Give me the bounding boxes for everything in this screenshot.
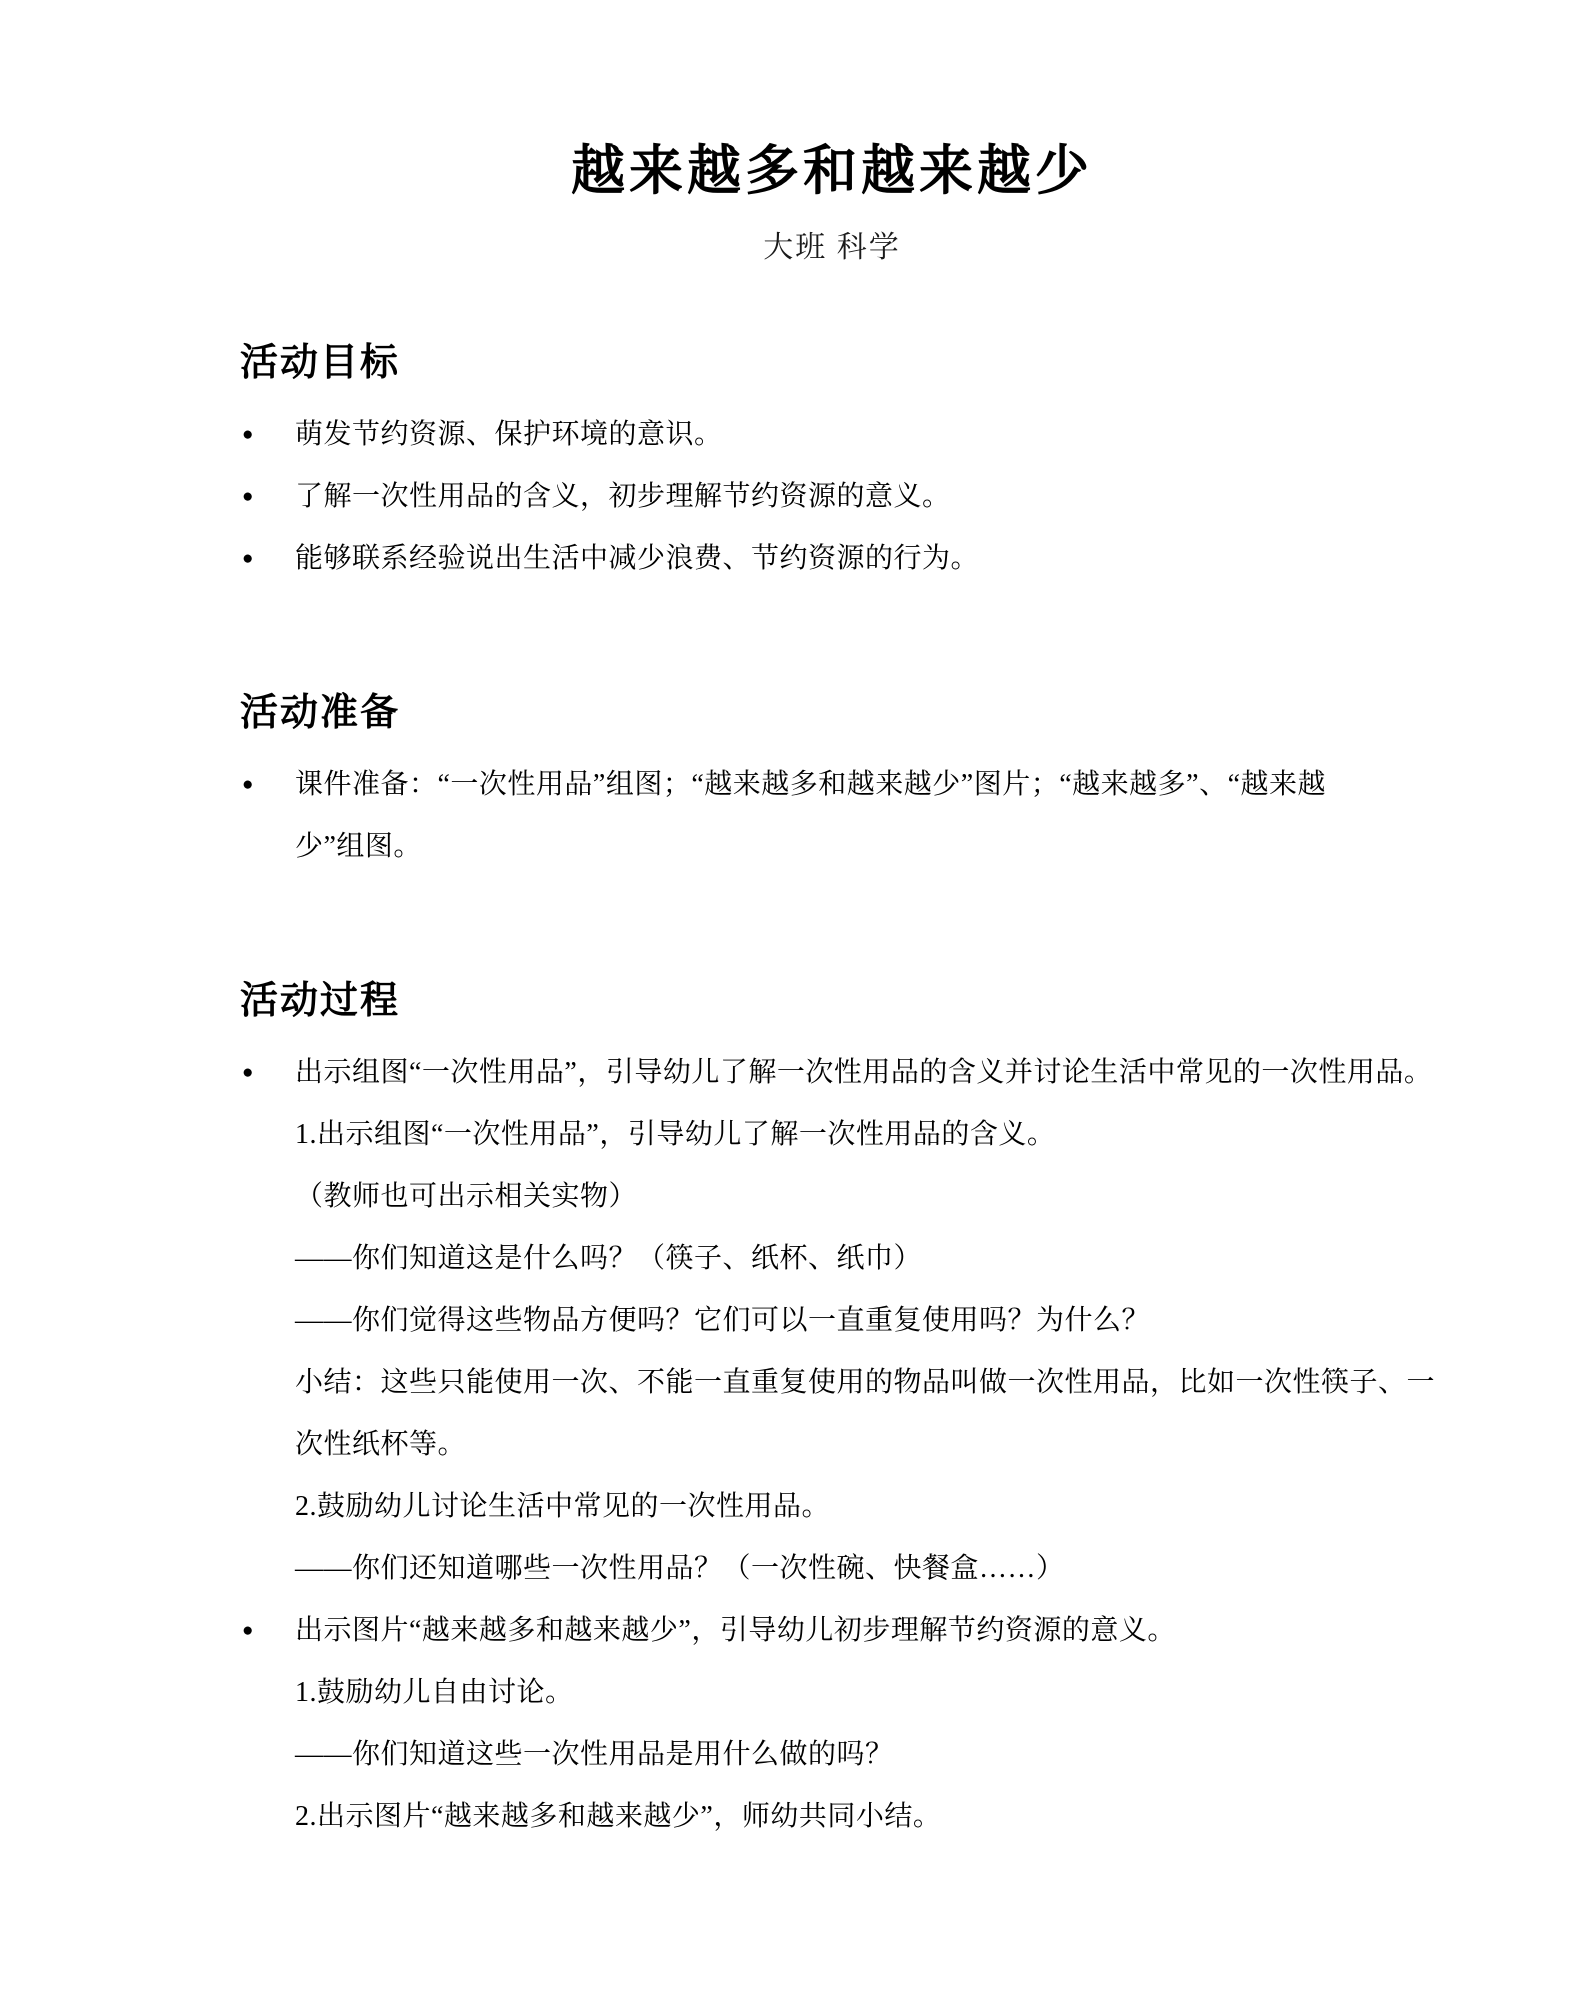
text-line: ——你们知道这是什么吗？（筷子、纸杯、纸巾） — [295, 1228, 1424, 1290]
text-line: 小结：这些只能使用一次、不能一直重复使用的物品叫做一次性用品，比如一次性筷子、一 — [295, 1352, 1424, 1414]
sub-item: 小结：这些只能使用一次、不能一直重复使用的物品叫做一次性用品，比如一次性筷子、一… — [240, 1352, 1424, 1476]
bullet-item: ●能够联系经验说出生活中减少浪费、节约资源的行为。 — [240, 528, 1424, 590]
sub-item: ——你们还知道哪些一次性用品？（一次性碗、快餐盒……） — [240, 1538, 1424, 1600]
bullet-icon: ● — [242, 466, 254, 528]
bullet-icon: ● — [242, 1600, 254, 1662]
sub-item: 2.出示图片“越来越多和越来越少”，师幼共同小结。 — [240, 1786, 1424, 1848]
text-line: 萌发节约资源、保护环境的意识。 — [295, 404, 1424, 466]
bullet-item: ●萌发节约资源、保护环境的意识。 — [240, 404, 1424, 466]
sub-item: 1.鼓励幼儿自由讨论。 — [240, 1662, 1424, 1724]
document-section: 活动准备●课件准备：“一次性用品”组图；“越来越多和越来越少”图片；“越来越多”… — [240, 690, 1424, 878]
text-line: ——你们觉得这些物品方便吗？它们可以一直重复使用吗？为什么？ — [295, 1290, 1424, 1352]
text-line: 1.鼓励幼儿自由讨论。 — [295, 1662, 1424, 1724]
text-line: （教师也可出示相关实物） — [295, 1166, 1424, 1228]
bullet-icon: ● — [242, 404, 254, 466]
text-line: ——你们知道这些一次性用品是用什么做的吗？ — [295, 1724, 1424, 1786]
sub-item: ——你们知道这些一次性用品是用什么做的吗？ — [240, 1724, 1424, 1786]
sub-item: 1.出示组图“一次性用品”，引导幼儿了解一次性用品的含义。 — [240, 1104, 1424, 1166]
section-items: ●萌发节约资源、保护环境的意识。●了解一次性用品的含义，初步理解节约资源的意义。… — [240, 404, 1424, 590]
text-line: 次性纸杯等。 — [295, 1414, 1424, 1476]
bullet-item: ●出示图片“越来越多和越来越少”，引导幼儿初步理解节约资源的意义。 — [240, 1600, 1424, 1662]
sub-item: （教师也可出示相关实物） — [240, 1166, 1424, 1228]
bullet-icon: ● — [242, 1042, 254, 1104]
section-items: ●课件准备：“一次性用品”组图；“越来越多和越来越少”图片；“越来越多”、“越来… — [240, 754, 1424, 878]
text-line: 课件准备：“一次性用品”组图；“越来越多和越来越少”图片；“越来越多”、“越来越 — [295, 754, 1424, 816]
section-items: ●出示组图“一次性用品”，引导幼儿了解一次性用品的含义并讨论生活中常见的一次性用… — [240, 1042, 1424, 1848]
bullet-icon: ● — [242, 754, 254, 816]
text-line: 了解一次性用品的含义，初步理解节约资源的意义。 — [295, 466, 1424, 528]
text-line: 1.出示组图“一次性用品”，引导幼儿了解一次性用品的含义。 — [295, 1104, 1424, 1166]
text-line: 少”组图。 — [295, 816, 1424, 878]
text-line: 出示组图“一次性用品”，引导幼儿了解一次性用品的含义并讨论生活中常见的一次性用品… — [295, 1042, 1424, 1104]
bullet-icon: ● — [242, 528, 254, 590]
sub-item: ——你们觉得这些物品方便吗？它们可以一直重复使用吗？为什么？ — [240, 1290, 1424, 1352]
document-section: 活动目标●萌发节约资源、保护环境的意识。●了解一次性用品的含义，初步理解节约资源… — [240, 340, 1424, 590]
document-section: 活动过程●出示组图“一次性用品”，引导幼儿了解一次性用品的含义并讨论生活中常见的… — [240, 978, 1424, 1848]
document-subtitle: 大班 科学 — [240, 230, 1424, 266]
bullet-item: ●课件准备：“一次性用品”组图；“越来越多和越来越少”图片；“越来越多”、“越来… — [240, 754, 1424, 878]
section-heading: 活动目标 — [240, 340, 1424, 386]
bullet-item: ●出示组图“一次性用品”，引导幼儿了解一次性用品的含义并讨论生活中常见的一次性用… — [240, 1042, 1424, 1104]
sub-item: ——你们知道这是什么吗？（筷子、纸杯、纸巾） — [240, 1228, 1424, 1290]
document-body: 活动目标●萌发节约资源、保护环境的意识。●了解一次性用品的含义，初步理解节约资源… — [240, 340, 1424, 1848]
text-line: 2.出示图片“越来越多和越来越少”，师幼共同小结。 — [295, 1786, 1424, 1848]
document-title: 越来越多和越来越少 — [240, 140, 1424, 202]
section-heading: 活动过程 — [240, 978, 1424, 1024]
sub-item: 2.鼓励幼儿讨论生活中常见的一次性用品。 — [240, 1476, 1424, 1538]
text-line: 出示图片“越来越多和越来越少”，引导幼儿初步理解节约资源的意义。 — [295, 1600, 1424, 1662]
text-line: 能够联系经验说出生活中减少浪费、节约资源的行为。 — [295, 528, 1424, 590]
text-line: 2.鼓励幼儿讨论生活中常见的一次性用品。 — [295, 1476, 1424, 1538]
bullet-item: ●了解一次性用品的含义，初步理解节约资源的意义。 — [240, 466, 1424, 528]
text-line: ——你们还知道哪些一次性用品？（一次性碗、快餐盒……） — [295, 1538, 1424, 1600]
section-heading: 活动准备 — [240, 690, 1424, 736]
document-page: 越来越多和越来越少 大班 科学 活动目标●萌发节约资源、保护环境的意识。●了解一… — [0, 0, 1587, 2014]
